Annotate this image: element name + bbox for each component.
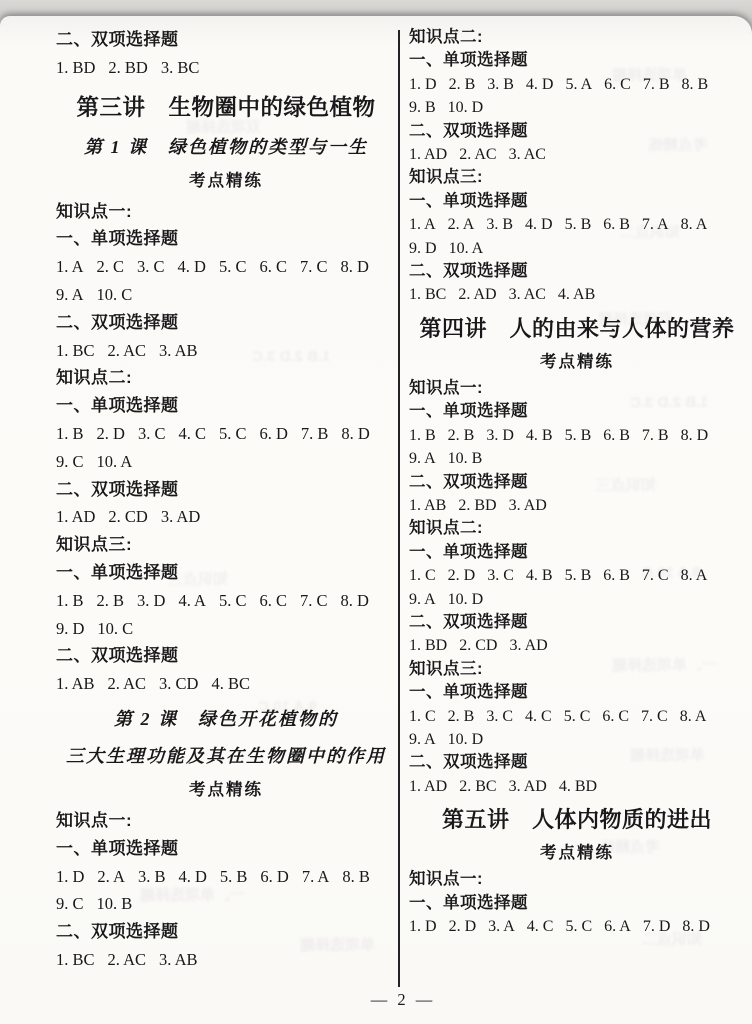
answer-item: 4. D	[526, 73, 554, 96]
answer-item: 2. BC	[459, 775, 496, 798]
answer-item: 3. D	[486, 424, 514, 447]
answer-item: 5. B	[565, 564, 592, 587]
answer-item: 3. BC	[161, 54, 200, 82]
question-type-heading: 一、单项选择题	[409, 892, 745, 915]
answer-item: 1. AB	[56, 670, 95, 698]
answer-line: 1. D2. A3. B4. D5. B6. D7. A8. B	[56, 863, 396, 891]
answer-item: 9. C	[56, 448, 84, 476]
answer-item: 10. A	[97, 448, 133, 476]
answer-line: 1. A2. C3. C4. D5. C6. C7. C8. D	[56, 253, 396, 281]
answer-item: 1. AB	[409, 494, 446, 517]
answer-item: 2. CD	[459, 634, 497, 657]
answer-item: 4. BD	[559, 775, 597, 798]
answer-item: 6. A	[604, 915, 631, 938]
answer-item: 3. AD	[509, 634, 547, 657]
practice-label: 考点精练	[56, 777, 396, 804]
answer-item: 10. D	[448, 96, 484, 119]
answer-item: 5. C	[565, 915, 592, 938]
answer-item: 9. D	[409, 237, 437, 260]
answer-item: 8. A	[681, 213, 708, 236]
answer-item: 9. A	[56, 281, 84, 309]
answer-item: 3. AD	[161, 503, 200, 531]
answer-item: 7. C	[300, 253, 328, 281]
practice-label: 考点精练	[56, 168, 396, 195]
answer-item: 3. AB	[159, 337, 198, 365]
answer-item: 10. C	[97, 615, 133, 643]
answer-item: 9. B	[409, 96, 436, 119]
answer-line: 9. A10. C	[56, 281, 396, 309]
answer-item: 4. C	[525, 705, 552, 728]
answer-item: 6. C	[602, 705, 629, 728]
answer-line: 1. BC2. AC3. AB	[56, 337, 396, 365]
answer-item: 8. D	[682, 915, 710, 938]
answer-item: 1. C	[409, 705, 436, 728]
answer-item: 7. B	[642, 424, 669, 447]
answer-item: 7. A	[302, 863, 330, 891]
answer-item: 9. A	[409, 447, 436, 470]
answer-item: 1. D	[56, 863, 84, 891]
answer-item: 3. AC	[509, 283, 546, 306]
answer-item: 6. B	[603, 424, 630, 447]
answer-line: 1. BD2. BD3. BC	[56, 54, 396, 82]
answer-item: 2. AD	[458, 283, 496, 306]
question-type-heading: 一、单项选择题	[56, 392, 396, 420]
answer-item: 3. CD	[159, 670, 198, 698]
answer-item: 5. C	[564, 705, 591, 728]
answer-item: 10. C	[97, 281, 133, 309]
answer-line: 1. AD2. AC3. AC	[409, 143, 745, 166]
practice-label: 考点精练	[409, 840, 745, 866]
answer-item: 2. AC	[108, 670, 147, 698]
answer-item: 8. D	[341, 420, 369, 448]
question-type-heading: 一、单项选择题	[56, 225, 396, 253]
answer-line: 1. D2. B3. B4. D5. A6. C7. B8. B	[409, 73, 745, 96]
chapter-title: 第五讲 人体内物质的进出	[409, 804, 745, 836]
answer-item: 5. C	[219, 587, 247, 615]
scanned-answer-key-page: 单项选择题考点精练知识点二双项选择题1.B 2.D 3.C知识点三9.A 10.…	[0, 0, 752, 1024]
answer-line: 9. C10. A	[56, 448, 396, 476]
answer-item: 1. B	[409, 424, 436, 447]
answer-item: 2. AC	[108, 337, 147, 365]
answer-line: 1. D2. D3. A4. C5. C6. A7. D8. D	[409, 915, 745, 938]
knowledge-point-heading: 知识点三:	[409, 166, 745, 189]
answer-item: 1. AD	[56, 503, 95, 531]
answer-item: 3. C	[487, 564, 514, 587]
answer-item: 2. A	[448, 213, 475, 236]
answer-item: 4. A	[178, 587, 206, 615]
answer-item: 1. BD	[56, 54, 95, 82]
answer-item: 3. A	[488, 915, 515, 938]
answer-item: 10. D	[448, 728, 484, 751]
question-type-heading: 二、双项选择题	[56, 26, 396, 54]
answer-item: 10. D	[448, 588, 484, 611]
answer-item: 5. B	[565, 424, 592, 447]
question-type-heading: 二、双项选择题	[409, 611, 745, 634]
answer-item: 9. C	[56, 890, 84, 918]
answer-item: 8. A	[681, 564, 708, 587]
answer-item: 3. C	[138, 420, 166, 448]
answer-item: 5. C	[219, 420, 247, 448]
answer-item: 10. B	[448, 447, 483, 470]
answer-item: 1. D	[409, 73, 437, 96]
question-type-heading: 一、单项选择题	[409, 541, 745, 564]
question-type-heading: 二、双项选择题	[56, 309, 396, 337]
answer-item: 4. D	[178, 253, 206, 281]
answer-line: 9. D10. C	[56, 615, 396, 643]
answer-item: 2. D	[97, 420, 125, 448]
answer-item: 7. C	[641, 705, 668, 728]
knowledge-point-heading: 知识点一:	[56, 198, 396, 226]
answer-item: 1. BC	[56, 946, 95, 974]
answer-item: 4. D	[525, 213, 553, 236]
answer-line: 1. B2. B3. D4. B5. B6. B7. B8. D	[409, 424, 745, 447]
answer-item: 7. B	[643, 73, 670, 96]
answer-line: 1. B2. B3. D4. A5. C6. C7. C8. D	[56, 587, 396, 615]
knowledge-point-heading: 知识点一:	[409, 377, 745, 400]
answer-item: 3. AD	[509, 775, 547, 798]
answer-item: 8. D	[341, 587, 369, 615]
answer-item: 1. C	[409, 564, 436, 587]
answer-item: 6. B	[603, 213, 630, 236]
answer-line: 9. A10. D	[409, 588, 745, 611]
answer-line: 1. B2. D3. C4. C5. C6. D7. B8. D	[56, 420, 396, 448]
answer-item: 7. D	[643, 915, 671, 938]
answer-item: 1. BC	[56, 337, 95, 365]
answer-item: 4. D	[178, 863, 206, 891]
answer-line: 1. BC2. AC3. AB	[56, 946, 396, 974]
answer-item: 8. B	[681, 73, 708, 96]
chapter-title: 第四讲 人的由来与人体的营养	[409, 313, 745, 345]
answer-item: 6. B	[603, 564, 630, 587]
answer-item: 4. C	[527, 915, 554, 938]
question-type-heading: 二、双项选择题	[409, 260, 745, 283]
question-type-heading: 一、单项选择题	[409, 49, 745, 72]
answer-item: 1. AD	[409, 143, 447, 166]
lesson-title: 三大生理功能及其在生物圈中的作用	[56, 741, 396, 772]
answer-item: 8. D	[681, 424, 709, 447]
answer-item: 3. AD	[509, 494, 547, 517]
answer-item: 4. C	[178, 420, 206, 448]
question-type-heading: 二、双项选择题	[409, 120, 745, 143]
answer-item: 2. BD	[458, 494, 496, 517]
answer-line: 9. D10. A	[409, 237, 745, 260]
answer-item: 5. B	[220, 863, 248, 891]
answer-line: 9. A10. B	[409, 447, 745, 470]
answer-item: 6. C	[259, 587, 287, 615]
question-type-heading: 一、单项选择题	[409, 190, 745, 213]
answer-item: 4. BC	[211, 670, 250, 698]
answer-item: 1. A	[56, 253, 84, 281]
answer-item: 6. C	[259, 253, 287, 281]
answer-item: 9. D	[56, 615, 84, 643]
answer-line: 1. BC2. AD3. AC4. AB	[409, 283, 745, 306]
answer-item: 2. AC	[459, 143, 496, 166]
answer-item: 4. B	[526, 564, 553, 587]
answer-item: 3. B	[138, 863, 166, 891]
answer-line: 9. C10. B	[56, 890, 396, 918]
answer-line: 1. C2. B3. C4. C5. C6. C7. C8. A	[409, 705, 745, 728]
answer-item: 10. A	[449, 237, 484, 260]
answer-item: 3. AB	[159, 946, 198, 974]
answer-item: 5. A	[565, 73, 592, 96]
answer-item: 9. A	[409, 728, 436, 751]
answer-item: 1. B	[56, 420, 84, 448]
question-type-heading: 二、双项选择题	[409, 751, 745, 774]
knowledge-point-heading: 知识点二:	[409, 517, 745, 540]
knowledge-point-heading: 知识点三:	[409, 658, 745, 681]
answer-item: 5. C	[219, 253, 247, 281]
answer-item: 3. B	[487, 73, 514, 96]
paper-sheet: 单项选择题考点精练知识点二双项选择题1.B 2.D 3.C知识点三9.A 10.…	[0, 16, 752, 1024]
question-type-heading: 二、双项选择题	[56, 476, 396, 504]
question-type-heading: 一、单项选择题	[56, 559, 396, 587]
answer-line: 1. AD2. BC3. AD4. BD	[409, 775, 745, 798]
answer-item: 6. D	[259, 420, 287, 448]
answer-item: 1. A	[409, 213, 436, 236]
chapter-title: 第三讲 生物圈中的绿色植物	[56, 91, 396, 125]
answer-item: 2. B	[448, 424, 475, 447]
answer-item: 1. D	[409, 915, 437, 938]
answer-item: 2. B	[449, 73, 476, 96]
question-type-heading: 二、双项选择题	[409, 471, 745, 494]
answer-line: 1. C2. D3. C4. B5. B6. B7. C8. A	[409, 564, 745, 587]
answer-item: 2. D	[448, 564, 476, 587]
answer-line: 1. A2. A3. B4. D5. B6. B7. A8. A	[409, 213, 745, 236]
answer-item: 2. C	[97, 253, 125, 281]
answer-item: 1. AD	[409, 775, 447, 798]
answer-item: 2. CD	[108, 503, 147, 531]
answer-item: 2. BD	[108, 54, 147, 82]
answer-item: 1. BC	[409, 283, 446, 306]
knowledge-point-heading: 知识点一:	[56, 807, 396, 835]
answer-item: 6. D	[260, 863, 288, 891]
answer-item: 8. B	[342, 863, 370, 891]
answer-line: 1. AB2. BD3. AD	[409, 494, 745, 517]
lesson-title: 第 1 课 绿色植物的类型与一生	[56, 132, 396, 163]
answer-line: 9. B10. D	[409, 96, 745, 119]
answer-item: 10. B	[97, 890, 133, 918]
answer-line: 1. AB2. AC3. CD4. BC	[56, 670, 396, 698]
right-column: 知识点二:一、单项选择题1. D2. B3. B4. D5. A6. C7. B…	[409, 26, 745, 938]
answer-item: 7. A	[642, 213, 669, 236]
answer-item: 7. B	[301, 420, 329, 448]
answer-item: 2. A	[97, 863, 125, 891]
question-type-heading: 一、单项选择题	[56, 835, 396, 863]
answer-line: 9. A10. D	[409, 728, 745, 751]
answer-item: 1. B	[56, 587, 84, 615]
page-number: — 2 —	[323, 990, 483, 1010]
answer-item: 1. BD	[409, 634, 447, 657]
answer-item: 7. C	[642, 564, 669, 587]
question-type-heading: 一、单项选择题	[409, 681, 745, 704]
answer-item: 2. D	[449, 915, 477, 938]
answer-item: 4. B	[526, 424, 553, 447]
knowledge-point-heading: 知识点二:	[56, 364, 396, 392]
question-type-heading: 二、双项选择题	[56, 918, 396, 946]
question-type-heading: 一、单项选择题	[409, 400, 745, 423]
answer-item: 3. D	[137, 587, 165, 615]
answer-item: 2. B	[97, 587, 125, 615]
answer-item: 3. B	[486, 213, 513, 236]
left-column: 二、双项选择题1. BD2. BD3. BC第三讲 生物圈中的绿色植物第 1 课…	[56, 26, 396, 974]
answer-line: 1. BD2. CD3. AD	[409, 634, 745, 657]
answer-item: 4. AB	[558, 283, 595, 306]
answer-line: 1. AD2. CD3. AD	[56, 503, 396, 531]
answer-item: 6. C	[604, 73, 631, 96]
knowledge-point-heading: 知识点一:	[409, 868, 745, 891]
answer-item: 5. B	[565, 213, 592, 236]
answer-item: 3. AC	[509, 143, 546, 166]
answer-item: 9. A	[409, 588, 436, 611]
practice-label: 考点精练	[409, 349, 745, 375]
answer-item: 8. A	[680, 705, 707, 728]
lesson-title: 第 2 课 绿色开花植物的	[56, 704, 396, 735]
answer-item: 2. B	[448, 705, 475, 728]
knowledge-point-heading: 知识点三:	[56, 531, 396, 559]
answer-item: 3. C	[137, 253, 165, 281]
answer-item: 7. C	[300, 587, 328, 615]
answer-item: 3. C	[486, 705, 513, 728]
answer-item: 2. AC	[108, 946, 147, 974]
column-divider-rule	[398, 30, 400, 987]
question-type-heading: 二、双项选择题	[56, 642, 396, 670]
knowledge-point-heading: 知识点二:	[409, 26, 745, 49]
answer-item: 8. D	[341, 253, 369, 281]
